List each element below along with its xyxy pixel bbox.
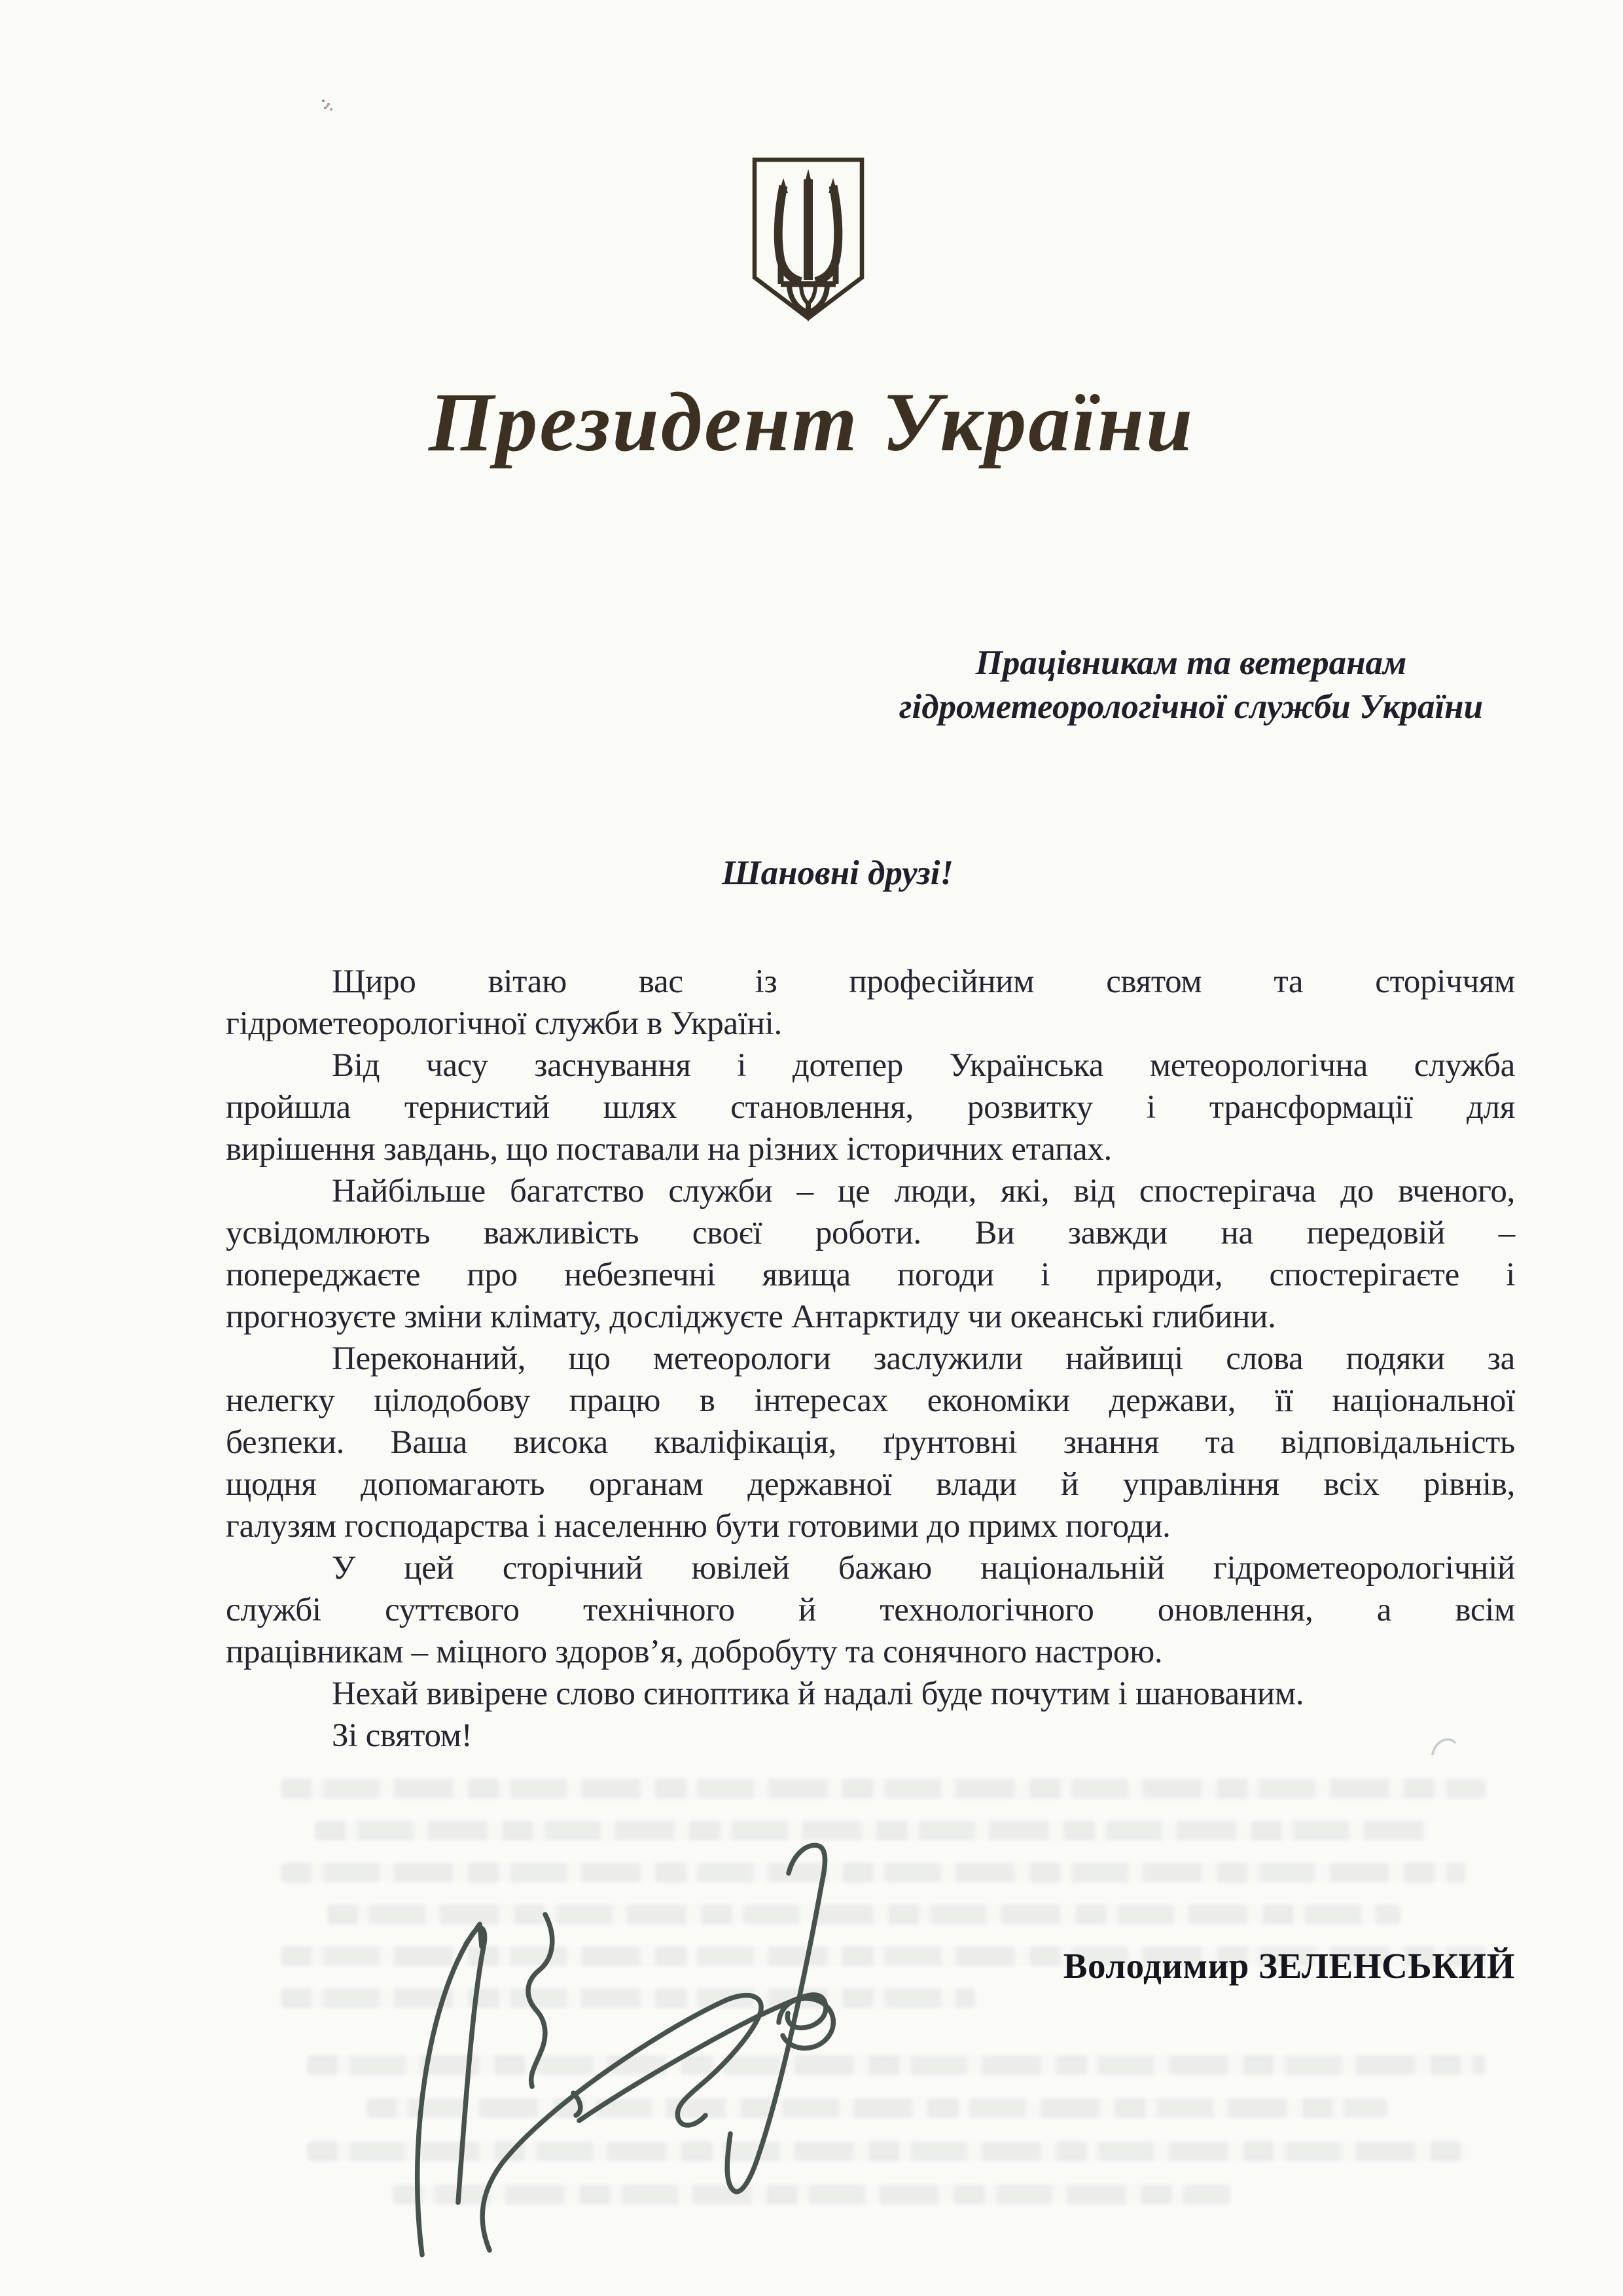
body-line: попереджаєте про небезпечні явища погоди… (226, 1254, 1515, 1296)
body-line: щодня допомагають органам державної влад… (226, 1463, 1515, 1505)
bleedthrough-line (281, 1779, 1486, 1799)
body-line: У цей сторічний ювілей бажаю національні… (226, 1547, 1515, 1589)
body-line: Щиро вітаю вас із професійним святом та … (226, 961, 1515, 1003)
salutation: Шановні друзі! (510, 853, 1165, 893)
body-line: безпеки. Ваша висока кваліфікація, ґрунт… (226, 1422, 1515, 1463)
ukraine-trident-icon (750, 156, 866, 322)
body-line: Нехай вивірене слово синоптика й надалі … (226, 1673, 1515, 1715)
body-line: галузям господарства і населенню бути го… (226, 1505, 1515, 1547)
pen-curl-mark (1430, 1733, 1459, 1759)
body-line: працівникам – міцного здоров’я, добробут… (226, 1631, 1515, 1673)
body-text: Щиро вітаю вас із професійним святом та … (226, 961, 1515, 1757)
scan-speck (322, 99, 338, 115)
addressee-line-2: гідрометеорологічної служби України (798, 685, 1584, 729)
body-line: Від часу заснування і дотепер Українська… (226, 1045, 1515, 1086)
body-line: прогнозуєте зміни клімату, досліджуєте А… (226, 1296, 1515, 1338)
body-line: Переконаний, що метеорологи заслужили на… (226, 1338, 1515, 1380)
letterhead-title: Президент України (0, 374, 1623, 471)
body-line: Найбільше багатство служби – це люди, як… (226, 1170, 1515, 1212)
scanned-letter-page: { "letterhead": { "emblem": "ukraine-tri… (0, 0, 1623, 2296)
handwritten-signature (393, 1826, 890, 2265)
addressee-line-1: Працівникам та ветеранам (798, 641, 1584, 685)
body-line: усвідомлюють важливість своєї роботи. Ви… (226, 1212, 1515, 1254)
addressee-block: Працівникам та ветеранам гідрометеоролог… (798, 641, 1584, 729)
signatory-name: Володимир ЗЕЛЕНСЬКИЙ (785, 1945, 1515, 1986)
body-line: службі суттєвого технічного й технологіч… (226, 1589, 1515, 1631)
body-line: нелегку цілодобову працю в інтересах еко… (226, 1380, 1515, 1422)
body-line: Зі святом! (226, 1715, 1515, 1757)
body-line: гідрометеорологічної служби в Україні. (226, 1003, 1515, 1045)
body-line: вирішення завдань, що поставали на різни… (226, 1128, 1515, 1170)
body-line: пройшла тернистий шлях становлення, розв… (226, 1086, 1515, 1128)
